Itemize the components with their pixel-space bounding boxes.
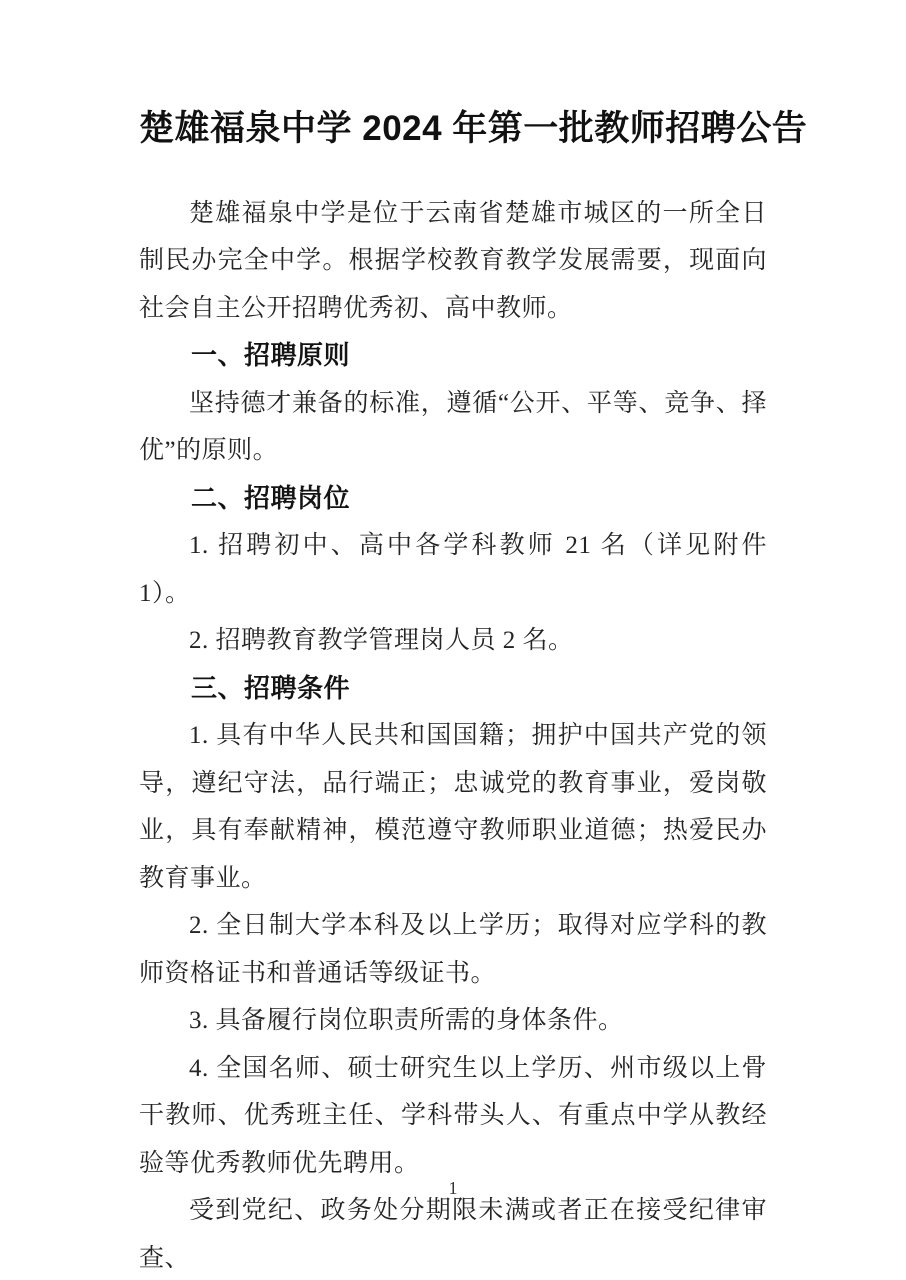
page-title: 楚雄福泉中学 2024 年第一批教师招聘公告: [139, 0, 767, 190]
intro-paragraph: 楚雄福泉中学是位于云南省楚雄市城区的一所全日制民办完全中学。根据学校教育教学发展…: [139, 190, 767, 333]
paragraph-principles: 坚持德才兼备的标准，遵循“公开、平等、竞争、择优”的原则。: [139, 380, 767, 475]
paragraph-requirement-3: 3. 具备履行岗位职责所需的身体条件。: [139, 997, 767, 1045]
paragraph-position-item-1: 1. 招聘初中、高中各学科教师 21 名（详见附件 1）。: [139, 522, 767, 617]
document-content: 楚雄福泉中学 2024 年第一批教师招聘公告 楚雄福泉中学是位于云南省楚雄市城区…: [139, 0, 767, 1280]
document-page: 楚雄福泉中学 2024 年第一批教师招聘公告 楚雄福泉中学是位于云南省楚雄市城区…: [0, 0, 906, 1280]
section-heading-recruitment-positions: 二、招聘岗位: [139, 475, 767, 523]
section-heading-recruitment-principles: 一、招聘原则: [139, 332, 767, 380]
paragraph-disqualification-clause: 受到党纪、政务处分期限未满或者正在接受纪律审查、: [139, 1187, 767, 1280]
section-heading-recruitment-requirements: 三、招聘条件: [139, 665, 767, 713]
paragraph-position-item-2: 2. 招聘教育教学管理岗人员 2 名。: [139, 617, 767, 665]
paragraph-requirement-2: 2. 全日制大学本科及以上学历；取得对应学科的教师资格证书和普通话等级证书。: [139, 902, 767, 997]
paragraph-requirement-1: 1. 具有中华人民共和国国籍；拥护中国共产党的领导，遵纪守法，品行端正；忠诚党的…: [139, 712, 767, 902]
paragraph-requirement-4: 4. 全国名师、硕士研究生以上学历、州市级以上骨干教师、优秀班主任、学科带头人、…: [139, 1045, 767, 1188]
page-number: 1: [0, 1178, 906, 1199]
